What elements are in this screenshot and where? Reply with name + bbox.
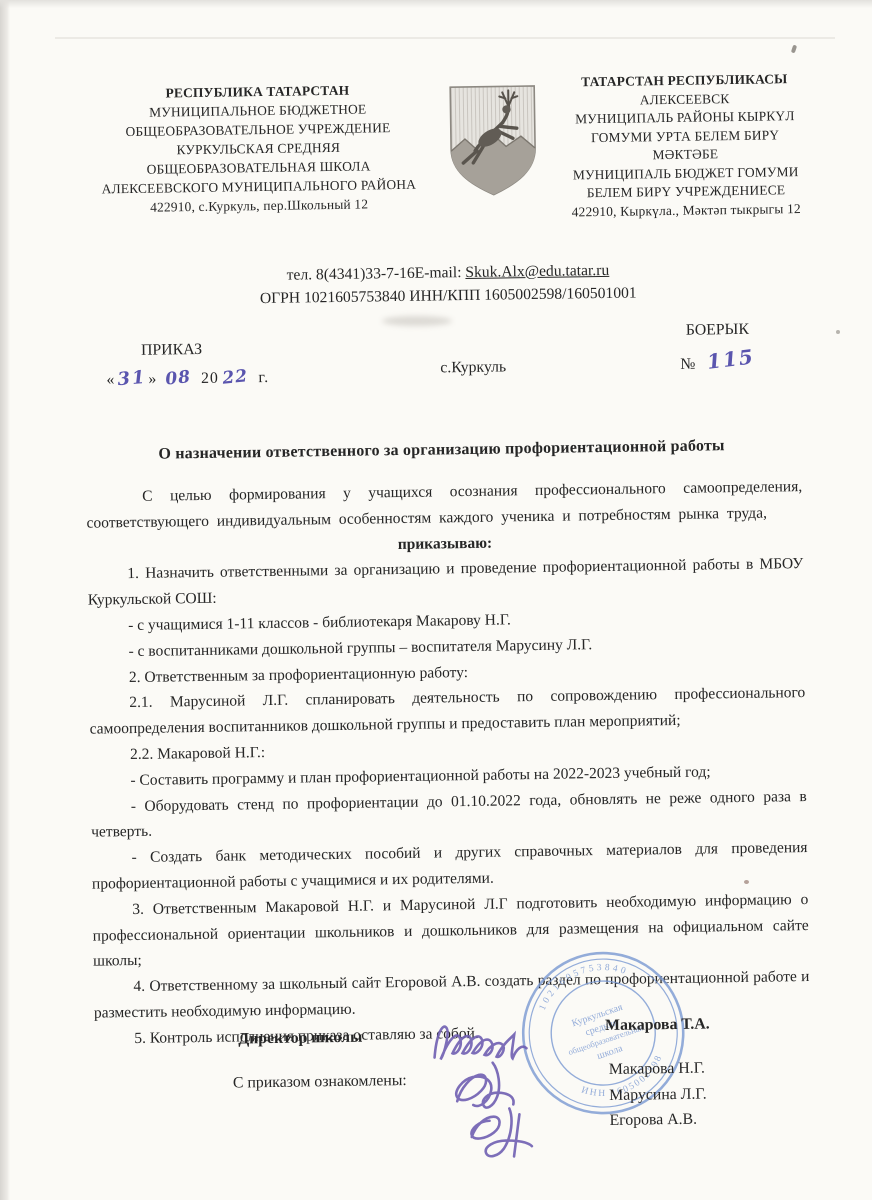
handwritten-signatures-icon xyxy=(426,1004,568,1166)
number-sign: № xyxy=(680,356,695,373)
handwritten-day: 31 xyxy=(117,367,148,390)
signature-block: 1021605753840 ИНН 1605002598 Куркульская… xyxy=(8,991,872,1194)
document-content: РЕСПУБЛИКА ТАТАРСТАН МУНИЦИПАЛЬНОЕ БЮДЖЕ… xyxy=(0,0,872,1200)
director-label: Директор школы xyxy=(238,1029,362,1049)
handwritten-month: 08 xyxy=(164,367,192,390)
acknowledged-names: Макарова Н.Г. Марусина Л.Г. Егорова А.В. xyxy=(609,1056,708,1134)
letterhead: РЕСПУБЛИКА ТАТАРСТАН МУНИЦИПАЛЬНОЕ БЮДЖЕ… xyxy=(72,74,828,229)
ack-name: Егорова А.В. xyxy=(609,1107,707,1134)
year-prefix: 20 xyxy=(201,370,219,387)
year-suffix: г. xyxy=(258,369,269,386)
order-body: С целью формирования у учащихся осознани… xyxy=(86,474,810,1052)
handwritten-number: 115 xyxy=(706,344,756,374)
quote-close: » xyxy=(148,371,157,388)
org-address-line: 422910, Кыркүла., Мәктәп тыкрыгы 12 xyxy=(544,199,828,222)
order-date: «31»082022г. xyxy=(106,366,269,389)
quote-open: « xyxy=(106,371,115,388)
ack-name: Макарова Н.Г. xyxy=(609,1056,707,1083)
ack-name: Марусина Л.Г. xyxy=(609,1081,707,1108)
document-title: О назначении ответственного за организац… xyxy=(61,436,821,465)
shield-deer-icon xyxy=(443,80,545,203)
order-place: с.Куркуль xyxy=(440,358,506,377)
phone-text: тел. 8(4341)33-7-16E-mail: xyxy=(287,264,466,284)
order-heading-row: ПРИКАЗ «31»082022г. с.Куркуль БОЕРЫК №11… xyxy=(0,323,871,412)
order-item: 3. Ответственным Макаровой Н.Г. и Маруси… xyxy=(92,887,809,975)
contact-block: тел. 8(4341)33-7-16E-mail: Skuk.Alx@edu.… xyxy=(0,255,869,314)
order-label-tatar: БОЕРЫК xyxy=(686,321,749,340)
email-text: Skuk.Alx@edu.tatar.ru xyxy=(465,262,609,281)
scanned-order-document: РЕСПУБЛИКА ТАТАРСТАН МУНИЦИПАЛЬНОЕ БЮДЖЕ… xyxy=(0,0,872,1200)
coat-of-arms-emblem xyxy=(443,80,545,208)
director-name: Макарова Т.А. xyxy=(605,1015,710,1035)
handwritten-year: 22 xyxy=(222,366,250,389)
order-number: №115 xyxy=(680,349,755,374)
order-label-ru: ПРИКАЗ xyxy=(141,341,202,360)
intro-paragraph: С целью формирования у учащихся осознани… xyxy=(86,474,803,536)
acknowledged-label: С приказом ознакомлены: xyxy=(233,1072,407,1093)
letterhead-russian-block: РЕСПУБЛИКА ТАТАРСТАН МУНИЦИПАЛЬНОЕ БЮДЖЕ… xyxy=(72,79,444,217)
letterhead-tatar-block: ТАТАРСТАН РЕСПУБЛИКАСЫ АЛЕКСЕЕВСК МУНИЦИ… xyxy=(542,70,828,222)
